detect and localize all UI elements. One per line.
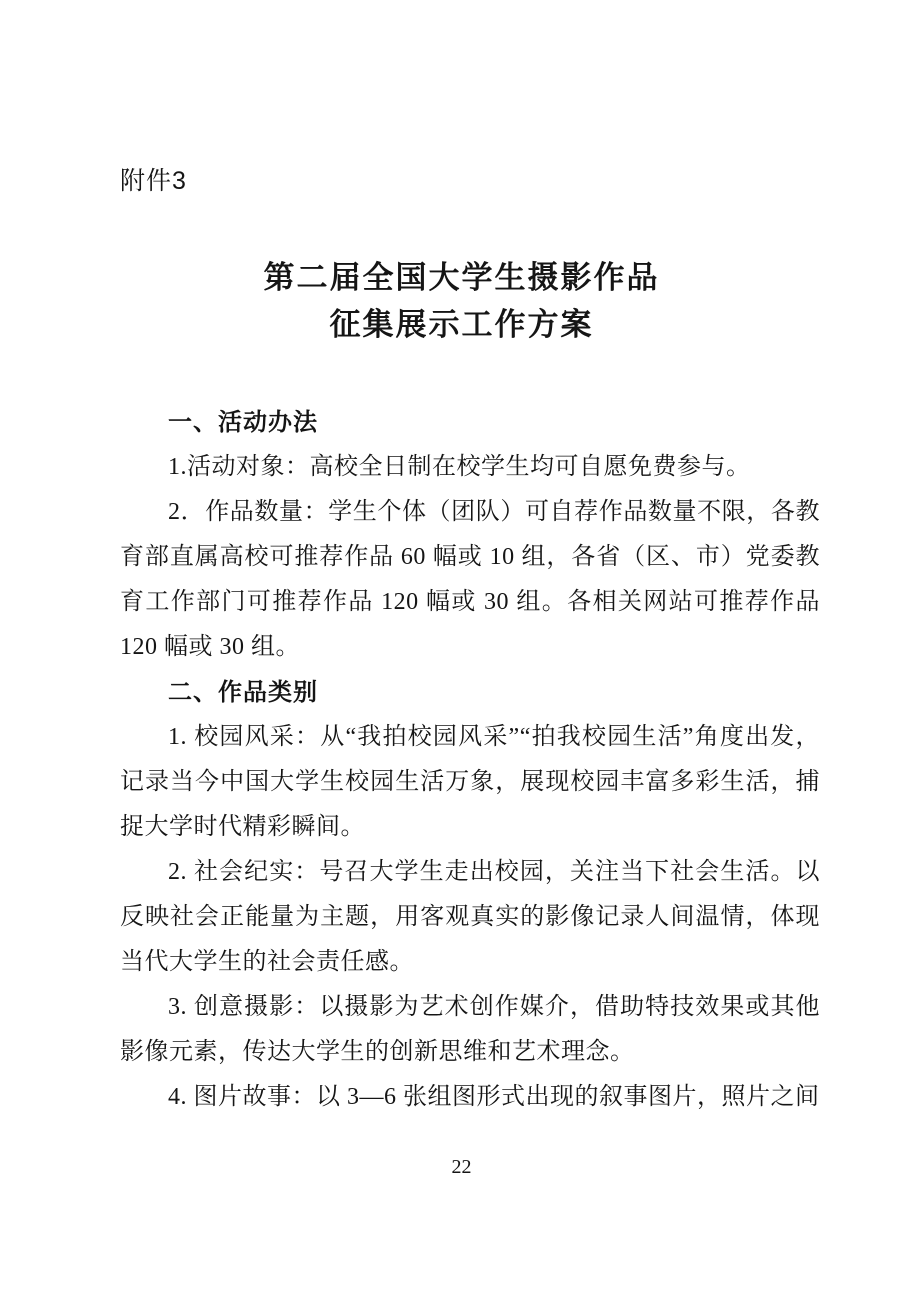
section-1-paragraph-2: 2．作品数量：学生个体（团队）可自荐作品数量不限，各教育部直属高校可推荐作品 6…: [120, 490, 820, 670]
document-page: 附件3 第二届全国大学生摄影作品 征集展示工作方案 一、活动办法 1.活动对象：…: [0, 0, 923, 1305]
section-1-paragraph-1: 1.活动对象：高校全日制在校学生均可自愿免费参与。: [120, 445, 820, 490]
section-2-paragraph-1: 1. 校园风采：从“我拍校园风采”“拍我校园生活”角度出发，记录当今中国大学生校…: [120, 715, 820, 850]
section-2-heading: 二、作品类别: [120, 670, 820, 715]
section-2-paragraph-3: 3. 创意摄影：以摄影为艺术创作媒介，借助特技效果或其他影像元素，传达大学生的创…: [120, 985, 820, 1075]
title-line-2: 征集展示工作方案: [0, 301, 923, 348]
section-2-paragraph-2: 2. 社会纪实：号召大学生走出校园，关注当下社会生活。以反映社会正能量为主题，用…: [120, 850, 820, 985]
document-body: 一、活动办法 1.活动对象：高校全日制在校学生均可自愿免费参与。 2．作品数量：…: [120, 400, 820, 1120]
document-title: 第二届全国大学生摄影作品 征集展示工作方案: [0, 254, 923, 348]
page-number: 22: [0, 1155, 923, 1179]
section-1-heading: 一、活动办法: [120, 400, 820, 445]
title-line-1: 第二届全国大学生摄影作品: [0, 254, 923, 301]
attachment-label: 附件3: [120, 166, 187, 196]
section-2-paragraph-4: 4. 图片故事：以 3—6 张组图形式出现的叙事图片，照片之间: [120, 1075, 820, 1120]
